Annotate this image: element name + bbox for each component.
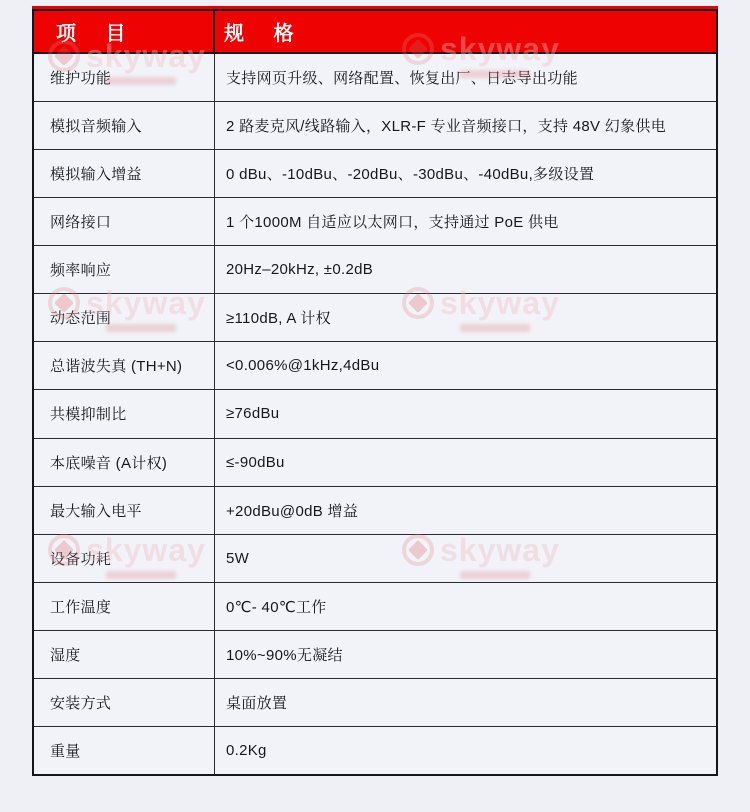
table-body: 维护功能支持网页升级、网络配置、恢复出厂、日志导出功能模拟音频输入2 路麦克风/… <box>34 54 716 774</box>
table-row: 维护功能支持网页升级、网络配置、恢复出厂、日志导出功能 <box>34 54 716 101</box>
spec-cell: 10%~90%无凝结 <box>215 631 716 678</box>
spec-cell: 1 个1000M 自适应以太网口，支持通过 PoE 供电 <box>215 198 716 245</box>
spec-cell: ≥76dBu <box>215 390 716 437</box>
item-cell: 网络接口 <box>34 198 215 245</box>
table-row: 动态范围≥110dB, A 计权 <box>34 293 716 341</box>
spec-cell: 20Hz–20kHz, ±0.2dB <box>215 246 716 293</box>
item-cell: 工作温度 <box>34 583 215 630</box>
spec-cell: ≥110dB, A 计权 <box>215 294 716 341</box>
table-row: 共模抑制比≥76dBu <box>34 389 716 437</box>
table-row: 设备功耗5W <box>34 534 716 582</box>
header-cell-spec: 规 格 <box>215 11 716 52</box>
spec-cell: 0 dBu、-10dBu、-20dBu、-30dBu、-40dBu,多级设置 <box>215 150 716 197</box>
table-row: 模拟输入增益0 dBu、-10dBu、-20dBu、-30dBu、-40dBu,… <box>34 149 716 197</box>
table-row: 总谐波失真 (TH+N)<0.006%@1kHz,4dBu <box>34 341 716 389</box>
spec-cell: 0℃- 40℃工作 <box>215 583 716 630</box>
header-cell-item: 项 目 <box>34 11 215 52</box>
item-cell: 模拟输入增益 <box>34 150 215 197</box>
table-row: 安装方式桌面放置 <box>34 678 716 726</box>
spec-cell: +20dBu@0dB 增益 <box>215 487 716 534</box>
item-cell: 模拟音频输入 <box>34 102 215 149</box>
spec-cell: 2 路麦克风/线路输入，XLR-F 专业音频接口，支持 48V 幻象供电 <box>215 102 716 149</box>
item-cell: 频率响应 <box>34 246 215 293</box>
spec-cell: ≤-90dBu <box>215 439 716 486</box>
item-cell: 总谐波失真 (TH+N) <box>34 342 215 389</box>
item-cell: 共模抑制比 <box>34 390 215 437</box>
item-cell: 重量 <box>34 727 215 774</box>
item-cell: 动态范围 <box>34 294 215 341</box>
spec-cell: 支持网页升级、网络配置、恢复出厂、日志导出功能 <box>215 54 716 101</box>
table-row: 最大输入电平+20dBu@0dB 增益 <box>34 486 716 534</box>
table-header-row: 项 目 规 格 <box>34 11 716 54</box>
item-cell: 设备功耗 <box>34 535 215 582</box>
table-row: 模拟音频输入2 路麦克风/线路输入，XLR-F 专业音频接口，支持 48V 幻象… <box>34 101 716 149</box>
item-cell: 最大输入电平 <box>34 487 215 534</box>
item-cell: 安装方式 <box>34 679 215 726</box>
table-row: 工作温度0℃- 40℃工作 <box>34 582 716 630</box>
page: 项 目 规 格 维护功能支持网页升级、网络配置、恢复出厂、日志导出功能模拟音频输… <box>0 0 750 812</box>
table-row: 本底噪音 (A计权)≤-90dBu <box>34 438 716 486</box>
spec-table: 项 目 规 格 维护功能支持网页升级、网络配置、恢复出厂、日志导出功能模拟音频输… <box>32 9 718 776</box>
spec-cell: 桌面放置 <box>215 679 716 726</box>
spec-cell: 5W <box>215 535 716 582</box>
table-row: 湿度10%~90%无凝结 <box>34 630 716 678</box>
table-row: 频率响应20Hz–20kHz, ±0.2dB <box>34 245 716 293</box>
item-cell: 维护功能 <box>34 54 215 101</box>
item-cell: 湿度 <box>34 631 215 678</box>
spec-cell: <0.006%@1kHz,4dBu <box>215 342 716 389</box>
table-row: 重量0.2Kg <box>34 726 716 774</box>
table-row: 网络接口1 个1000M 自适应以太网口，支持通过 PoE 供电 <box>34 197 716 245</box>
spec-cell: 0.2Kg <box>215 727 716 774</box>
item-cell: 本底噪音 (A计权) <box>34 439 215 486</box>
